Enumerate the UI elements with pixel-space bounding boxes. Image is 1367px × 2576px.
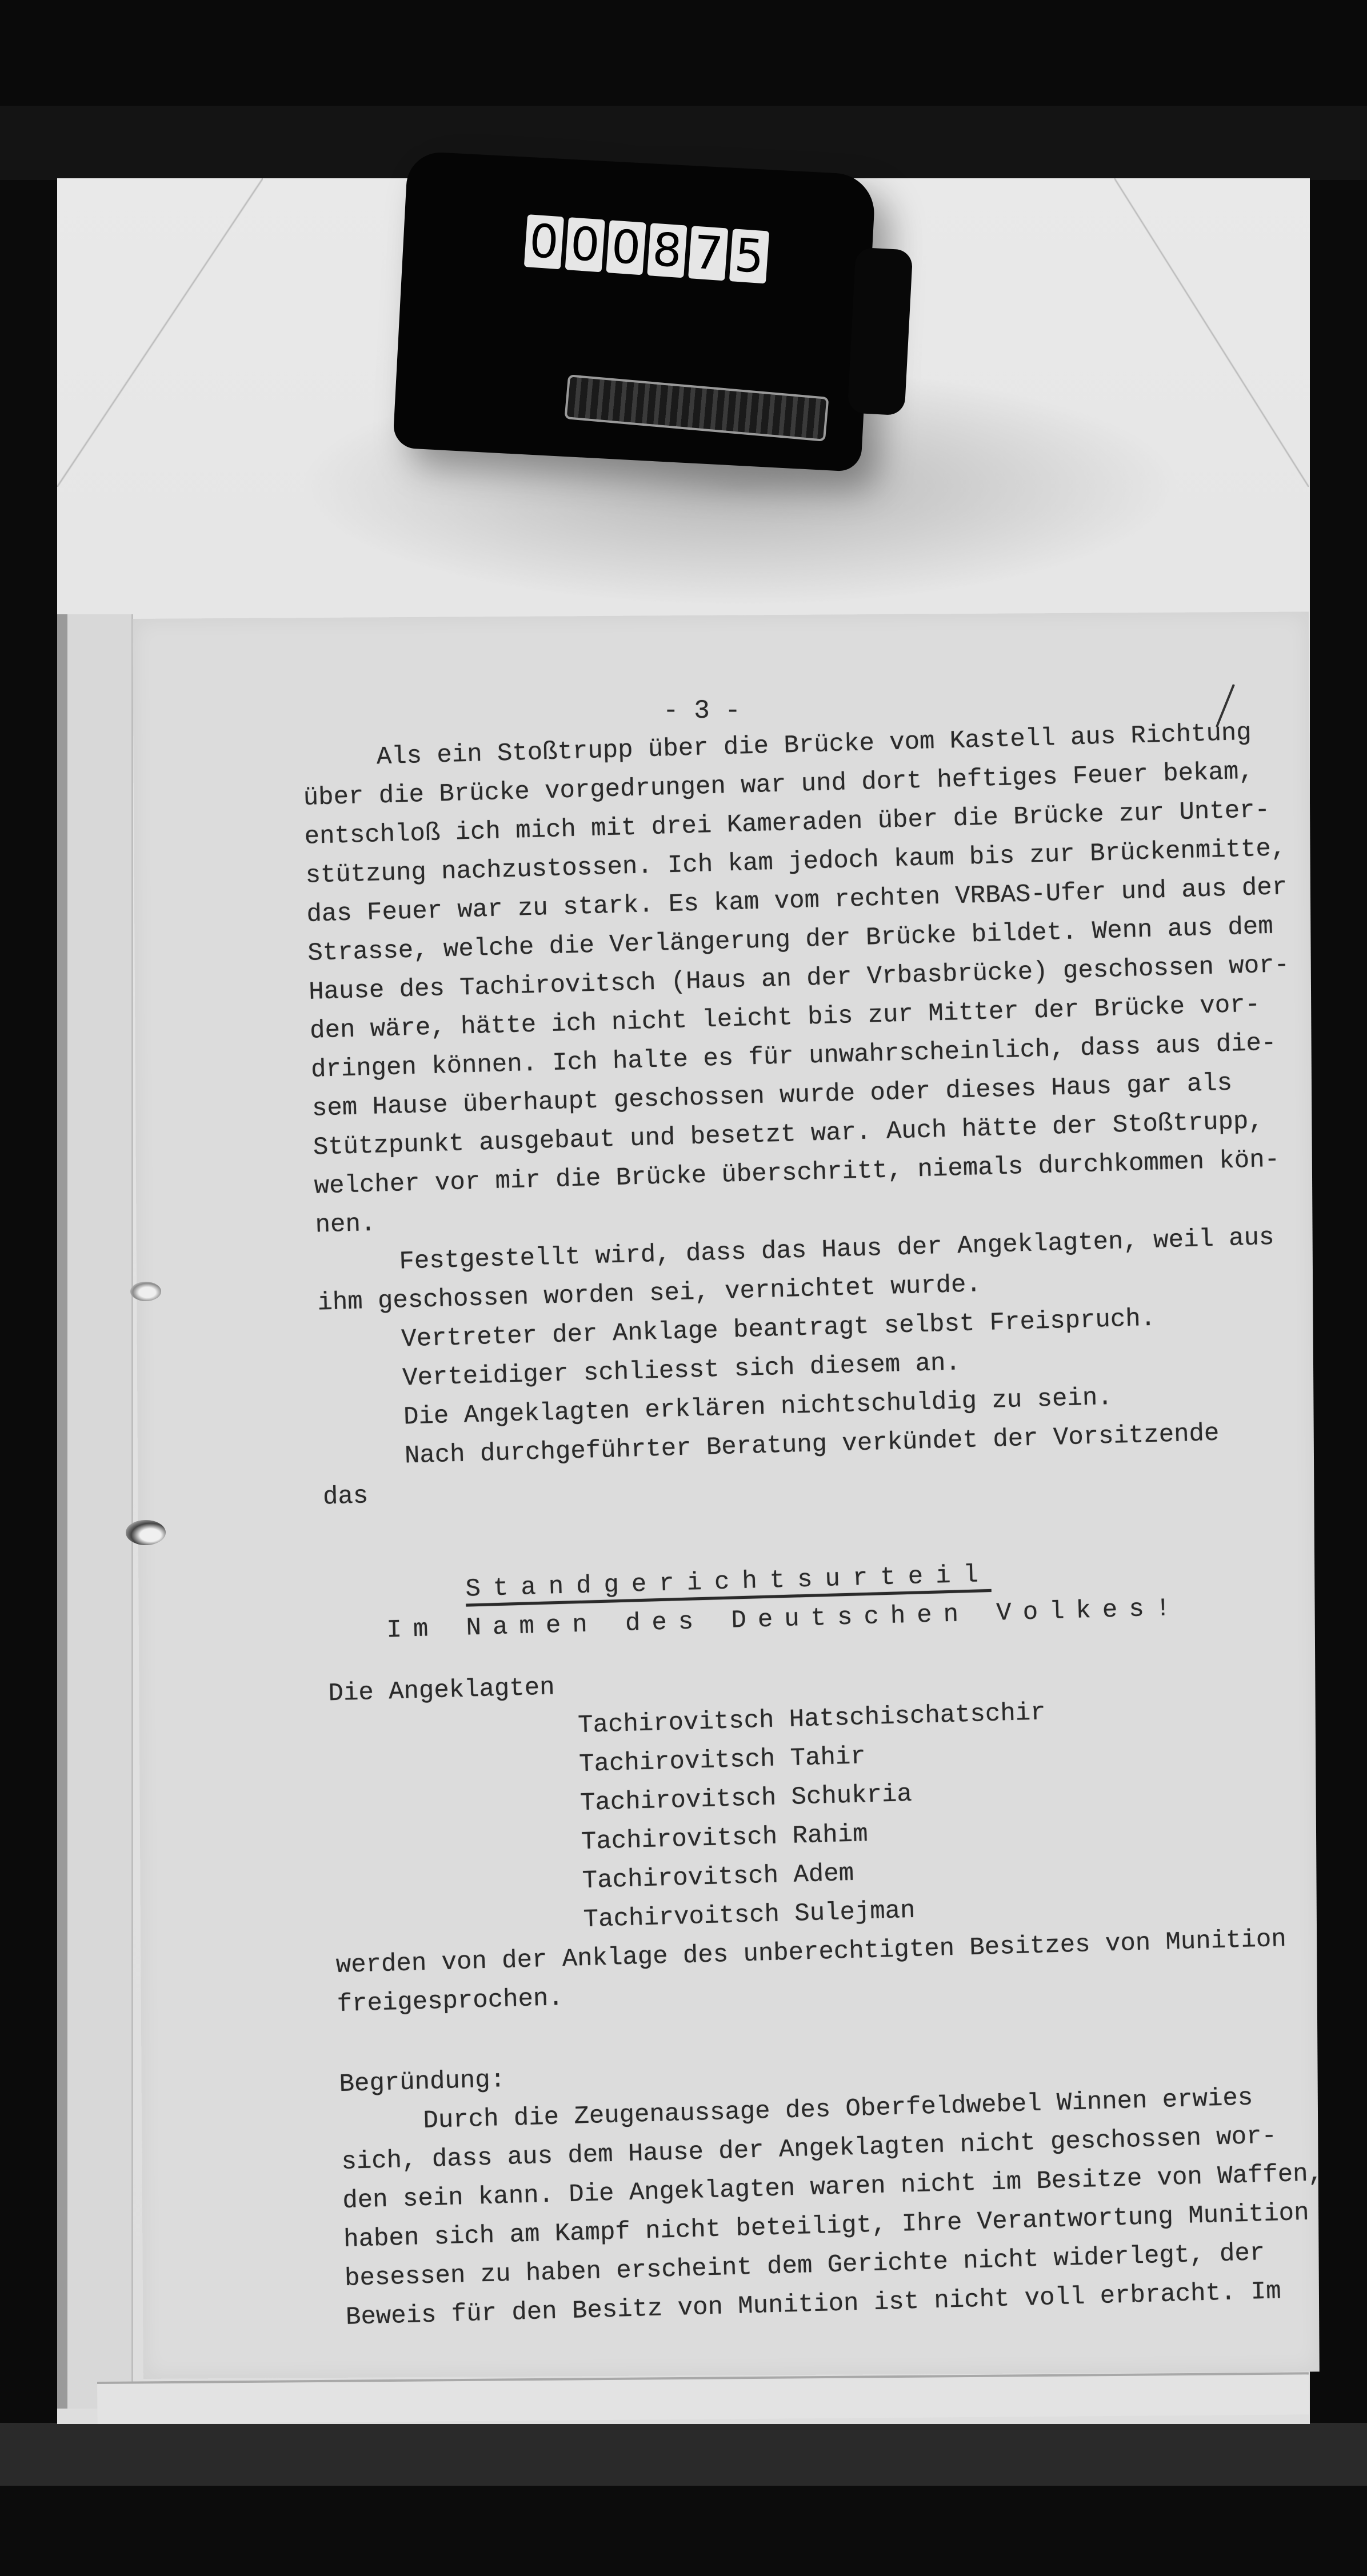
film-border-top bbox=[0, 0, 1367, 109]
counter-digit: 0 bbox=[565, 217, 605, 272]
page-edge-shadow bbox=[57, 614, 67, 2409]
punch-hole bbox=[126, 1520, 166, 1545]
counter-digit: 0 bbox=[606, 220, 646, 275]
frame-counter: 0 0 0 8 7 5 bbox=[377, 146, 926, 466]
counter-digit: 5 bbox=[729, 229, 769, 283]
underlying-page-edge bbox=[57, 614, 133, 2409]
page-number: - 3 - bbox=[663, 691, 741, 730]
counter-digit: 7 bbox=[688, 226, 728, 281]
punch-hole bbox=[130, 1282, 161, 1301]
backing-fold-line-left bbox=[57, 178, 263, 487]
document-body: Als ein Stoßtrupp über die Brücke vom Ka… bbox=[302, 711, 1363, 2337]
counter-digit: 0 bbox=[524, 214, 564, 269]
film-lower-band bbox=[0, 2423, 1367, 2486]
counter-knob bbox=[847, 247, 913, 416]
counter-digit: 8 bbox=[647, 223, 687, 278]
